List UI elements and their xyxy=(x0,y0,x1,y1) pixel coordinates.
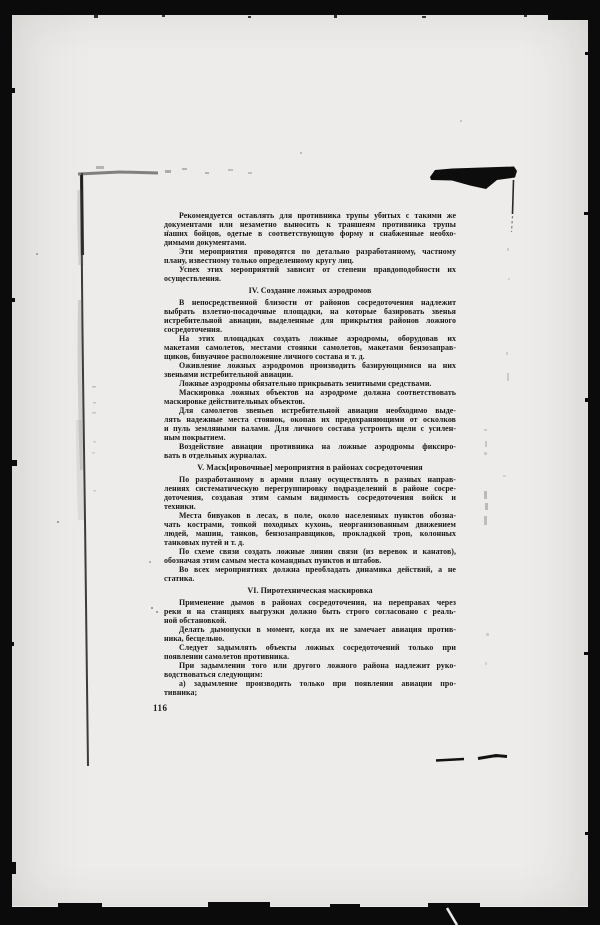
text-line: Следует задымлять объекты ложных сосредо… xyxy=(164,643,456,652)
paragraph: При задымлении того или другого ложного … xyxy=(164,661,456,679)
text-line: техники. xyxy=(164,502,456,511)
text-line: Маскировка ложных объектов на аэродроме … xyxy=(164,388,456,397)
text-line: истребительной авиации, выделенные для п… xyxy=(164,316,456,325)
text-line: По схеме связи создать ложные линии связ… xyxy=(164,547,456,556)
text-line: и пуль земляными валами. Для личного сос… xyxy=(164,424,456,433)
text-line: чать кострами, топкой походных кухонь, н… xyxy=(164,520,456,529)
text-line: осуществления. xyxy=(164,274,456,283)
paragraph: На этих площадках создать ложные аэродро… xyxy=(164,334,456,361)
text-line: водствоваться следующим: xyxy=(164,670,456,679)
paragraph: Делать дымопуски в момент, когда их не з… xyxy=(164,625,456,643)
text-line: Рекомендуется оставлять для противника т… xyxy=(164,211,456,220)
paragraph: В непосредственной близости от районов с… xyxy=(164,298,456,334)
text-line: наших бойцов, одетые в соответствующую ф… xyxy=(164,229,456,238)
paragraph: Применение дымов в районах сосредоточени… xyxy=(164,598,456,625)
text-line: статика. xyxy=(164,574,456,583)
scan-border-top xyxy=(0,0,600,15)
scan-border-right xyxy=(588,0,600,925)
text-line: документами или незаметно выносить к тра… xyxy=(164,220,456,229)
text-line: плану, известному только определенному к… xyxy=(164,256,456,265)
paragraph: По схеме связи создать ложные линии связ… xyxy=(164,547,456,565)
text-line: Применение дымов в районах сосредоточени… xyxy=(164,598,456,607)
text-line: ным покрытием. xyxy=(164,433,456,442)
paragraph: Эти мероприятия проводятся по детально р… xyxy=(164,247,456,265)
text-line: На этих площадках создать ложные аэродро… xyxy=(164,334,456,343)
text-line: Эти мероприятия проводятся по детально р… xyxy=(164,247,456,256)
paragraph: Маскировка ложных объектов на аэродроме … xyxy=(164,388,456,406)
section-heading: VI. Пиротехническая маскировка xyxy=(164,586,456,595)
text-line: людей, машин, танков, бензозаправщиков, … xyxy=(164,529,456,538)
paragraph: Во всех мероприятиях должна преобладать … xyxy=(164,565,456,583)
scan-border-bottom xyxy=(0,907,600,925)
text-line: танковых путей и т. д. xyxy=(164,538,456,547)
text-line: По разработанному в армии плану осуществ… xyxy=(164,475,456,484)
page-fold-line xyxy=(79,173,88,766)
page-number: 116 xyxy=(153,703,168,713)
right-margin-speckles xyxy=(484,248,510,665)
text-line: реки и на станциях выгрузки должно быть … xyxy=(164,607,456,616)
paragraph: Для самолетов звеньев истребительной ави… xyxy=(164,406,456,442)
text-line: обозначая этим самым места командных пун… xyxy=(164,556,456,565)
paragraph: Воздействие авиации противника на ложные… xyxy=(164,442,456,460)
paragraph: Оживление ложных аэродромов производить … xyxy=(164,361,456,379)
text-line: доточения, создавая этим самым видимость… xyxy=(164,493,456,502)
text-line: Ложные аэродромы обязательно прикрывать … xyxy=(164,379,456,388)
text-line: выбрать взлетно-посадочные площадки, на … xyxy=(164,307,456,316)
text-line: димыми документами. xyxy=(164,238,456,247)
paragraph: Ложные аэродромы обязательно прикрывать … xyxy=(164,379,456,388)
text-line: Во всех мероприятиях должна преобладать … xyxy=(164,565,456,574)
text-line: Делать дымопуски в момент, когда их не з… xyxy=(164,625,456,634)
underline-dash-marks xyxy=(436,756,507,761)
text-line: В непосредственной близости от районов с… xyxy=(164,298,456,307)
text-line: Места бивуаков в лесах, в поле, около на… xyxy=(164,511,456,520)
text-line: маскировке действительных объектов. xyxy=(164,397,456,406)
paragraph: а) задымление производить только при поя… xyxy=(164,679,456,697)
paragraph: Места бивуаков в лесах, в поле, около на… xyxy=(164,511,456,547)
scan-border-left xyxy=(0,0,12,925)
paragraph: Успех этих мероприятий зависит от степен… xyxy=(164,265,456,283)
text-line: Оживление ложных аэродромов производить … xyxy=(164,361,456,370)
paragraph: Следует задымлять объекты ложных сосредо… xyxy=(164,643,456,661)
text-line: Успех этих мероприятий зависит от степен… xyxy=(164,265,456,274)
text-line: сосредоточения. xyxy=(164,325,456,334)
text-line: звеньями истребительной авиации. xyxy=(164,370,456,379)
text-line: щиков, бивуачное расположение личного со… xyxy=(164,352,456,361)
section-heading: V. Маск[ировочные] мероприятия в районах… xyxy=(164,463,456,472)
text-line: лениях систематическую перегруппировку п… xyxy=(164,484,456,493)
text-line: ника, бесцельно. xyxy=(164,634,456,643)
left-margin-ticks xyxy=(92,386,96,492)
text-blocks: Рекомендуется оставлять для противника т… xyxy=(164,211,456,697)
text-line: вать в отдельных журналах. xyxy=(164,451,456,460)
text-line: ной обстановкой. xyxy=(164,616,456,625)
text-line: макетами самолетов, местами стоянки само… xyxy=(164,343,456,352)
text-line: Воздействие авиации противника на ложные… xyxy=(164,442,456,451)
text-line: Для самолетов звеньев истребительной ави… xyxy=(164,406,456,415)
text-line: При задымлении того или другого ложного … xyxy=(164,661,456,670)
page-top-edge-smudge xyxy=(78,166,252,174)
text-line: лять надежные места стоянок, окопав их п… xyxy=(164,415,456,424)
text-line: а) задымление производить только при поя… xyxy=(164,679,456,688)
section-heading: IV. Создание ложных аэродромов xyxy=(164,286,456,295)
text-line: тивника; xyxy=(164,688,456,697)
paragraph: Рекомендуется оставлять для противника т… xyxy=(164,211,456,247)
paragraph: По разработанному в армии плану осуществ… xyxy=(164,475,456,511)
text-line: появлении самолетов противника. xyxy=(164,652,456,661)
